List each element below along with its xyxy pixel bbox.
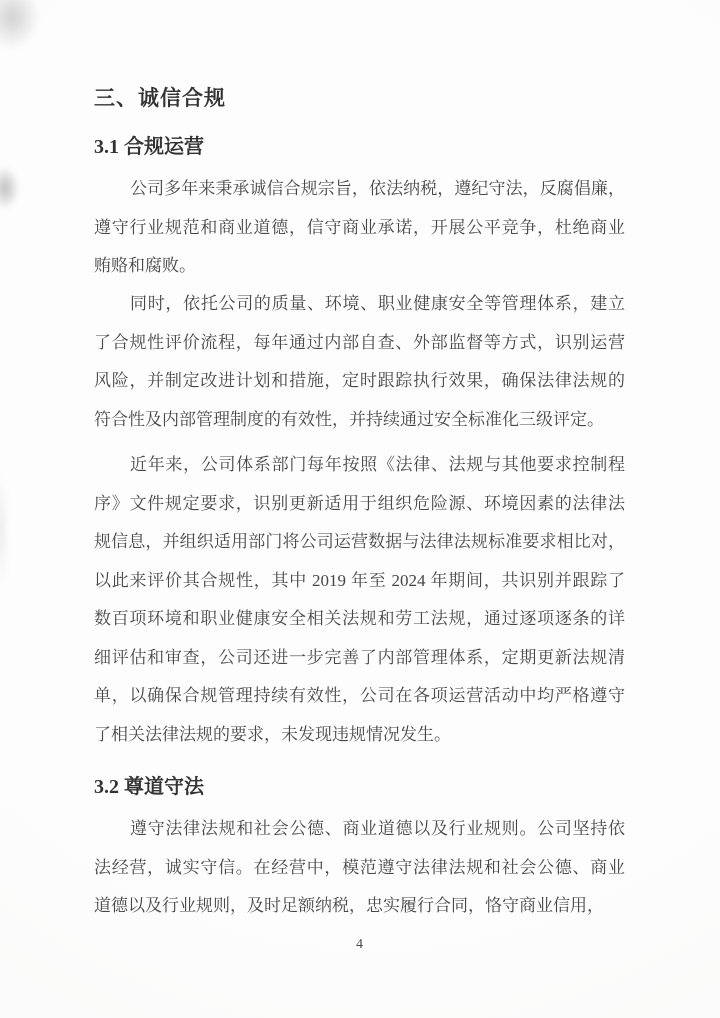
text-line: 符合性及内部管理制度的有效性，并持续通过安全标准化三级评定。	[94, 401, 625, 440]
section-title: 三、诚信合规	[94, 85, 625, 111]
text-line: 单，以确保合规管理持续有效性，公司在各项运营活动中均严格遵守	[94, 677, 625, 716]
text-line: 贿赂和腐败。	[94, 247, 625, 286]
text-line: 道德以及行业规则，及时足额纳税，忠实履行合同，恪守商业信用，	[94, 887, 625, 926]
text-line: 遵守法律法规和社会公德、商业道德以及行业规则。公司坚持依	[94, 810, 625, 849]
text-line: 风险，并制定改进计划和措施，定时跟踪执行效果，确保法律法规的	[94, 362, 625, 401]
text-line: 近年来，公司体系部门每年按照《法律、法规与其他要求控制程	[94, 446, 625, 485]
subsection-heading-3-1: 3.1 合规运营	[94, 135, 625, 159]
text-line: 了相关法律法规的要求，未发现违规情况发生。	[94, 716, 625, 755]
text-line: 序》文件规定要求，识别更新适用于组织危险源、环境因素的法律法	[94, 485, 625, 524]
paragraph-legal-review: 近年来，公司体系部门每年按照《法律、法规与其他要求控制程序》文件规定要求，识别更…	[94, 446, 625, 754]
text-line: 公司多年来秉承诚信合规宗旨，依法纳税，遵纪守法，反腐倡廉，	[94, 170, 625, 209]
subsection-heading-3-2: 3.2 尊道守法	[94, 775, 625, 799]
paragraph-management-system: 同时，依托公司的质量、环境、职业健康安全等管理体系，建立了合规性评价流程，每年通…	[94, 285, 625, 439]
text-line: 以此来评价其合规性，其中 2019 年至 2024 年期间，共识别并跟踪了	[94, 562, 625, 601]
page-number: 4	[94, 936, 625, 954]
text-line: 了合规性评价流程，每年通过内部自查、外部监督等方式，识别运营	[94, 324, 625, 363]
scan-smudge-left-edge	[0, 166, 20, 210]
text-line: 法经营，诚实守信。在经营中，模范遵守法律法规和社会公德、商业	[94, 849, 625, 888]
text-line: 遵守行业规范和商业道德，信守商业承诺，开展公平竞争，杜绝商业	[94, 209, 625, 248]
text-line: 规信息，并组织适用部门将公司运营数据与法律法规标准要求相比对，	[94, 523, 625, 562]
text-line: 同时，依托公司的质量、环境、职业健康安全等管理体系，建立	[94, 285, 625, 324]
text-line: 数百项环境和职业健康安全相关法规和劳工法规，通过逐项逐条的详	[94, 600, 625, 639]
scan-smudge-top-left	[0, 0, 40, 50]
document-page: 三、诚信合规 3.1 合规运营 公司多年来秉承诚信合规宗旨，依法纳税，遵纪守法，…	[0, 0, 720, 1018]
paragraph-law-abiding: 遵守法律法规和社会公德、商业道德以及行业规则。公司坚持依法经营，诚实守信。在经营…	[94, 810, 625, 926]
paragraph-compliance-principles: 公司多年来秉承诚信合规宗旨，依法纳税，遵纪守法，反腐倡廉，遵守行业规范和商业道德…	[94, 170, 625, 286]
text-line: 细评估和审查，公司还进一步完善了内部管理体系，定期更新法规清	[94, 639, 625, 678]
scan-smudge-left-faint	[0, 470, 8, 590]
